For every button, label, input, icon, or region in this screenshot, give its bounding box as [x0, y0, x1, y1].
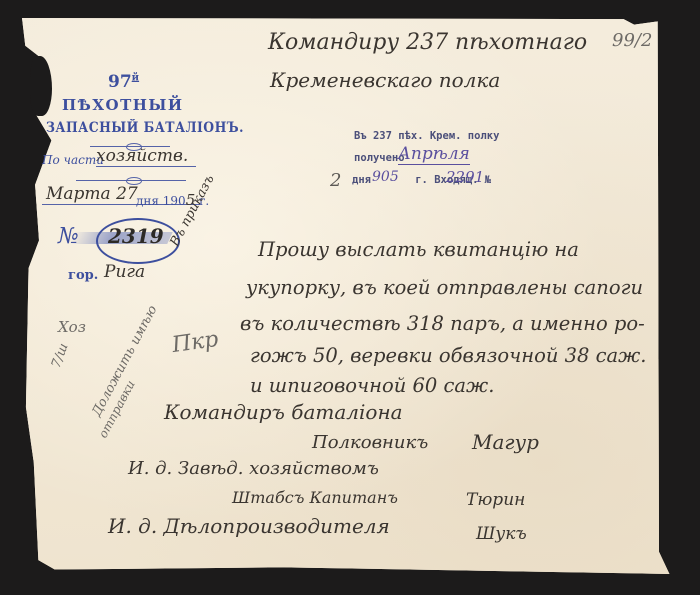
body-line: въ количествѣ 318 паръ, а именно ро- — [240, 312, 645, 335]
colonel-title: Полковникъ — [312, 432, 428, 453]
unit-number-stamp: 97й — [108, 72, 139, 92]
body-line: укупорку, въ коей отправлены сапоги — [246, 276, 643, 299]
unit-type-stamp: ПѢХОТНЫЙ — [62, 96, 184, 114]
part-value: хозяйств. — [96, 146, 196, 167]
page-mark: 99/2 — [612, 30, 652, 51]
commander-title: Командиръ баталіона — [164, 400, 403, 424]
outgoing-number: 2319 — [108, 224, 164, 248]
clerk-signature: Шукъ — [476, 524, 527, 544]
number-symbol: № — [58, 224, 79, 249]
city-label: гор. — [68, 268, 98, 283]
colonel-signature: Магур — [472, 430, 539, 454]
body-line: и шпиговочной 60 саж. — [250, 374, 494, 397]
battalion-stamp: ЗАПАСНЫЙ БАТАЛІОНЪ. — [46, 120, 244, 136]
received-year: 905 — [372, 169, 399, 185]
date-month: Марта 27 — [46, 184, 138, 204]
addressee-line-2: Кременевскаго полка — [270, 68, 500, 92]
part-label: По части — [42, 153, 104, 167]
captain-signature: Тюрин — [466, 490, 525, 510]
received-month: Апрѣля — [398, 144, 470, 165]
incoming-number: 2291 — [446, 168, 484, 186]
received-day: 2 — [330, 170, 341, 191]
body-line: Прошу выслать квитанцію на — [258, 238, 579, 261]
body-line: гожъ 50, веревки обвязочной 38 саж. — [250, 344, 647, 367]
quartermaster-title: И. д. Завѣд. хозяйствомъ — [128, 458, 379, 479]
captain-title: Штабсъ Капитанъ — [232, 488, 398, 507]
receipt-stamp-title: Въ 237 пѣх. Крем. полку — [354, 130, 499, 142]
note-xoz: Хоз — [58, 318, 86, 336]
addressee-line-1: Командиру 237 пѣхотнаго — [268, 30, 587, 55]
received-label: получено — [354, 152, 405, 164]
clerk-title: И. д. Дѣлопроизводителя — [108, 514, 390, 538]
ornament-divider — [76, 180, 186, 181]
city-value: Рига — [104, 262, 145, 282]
